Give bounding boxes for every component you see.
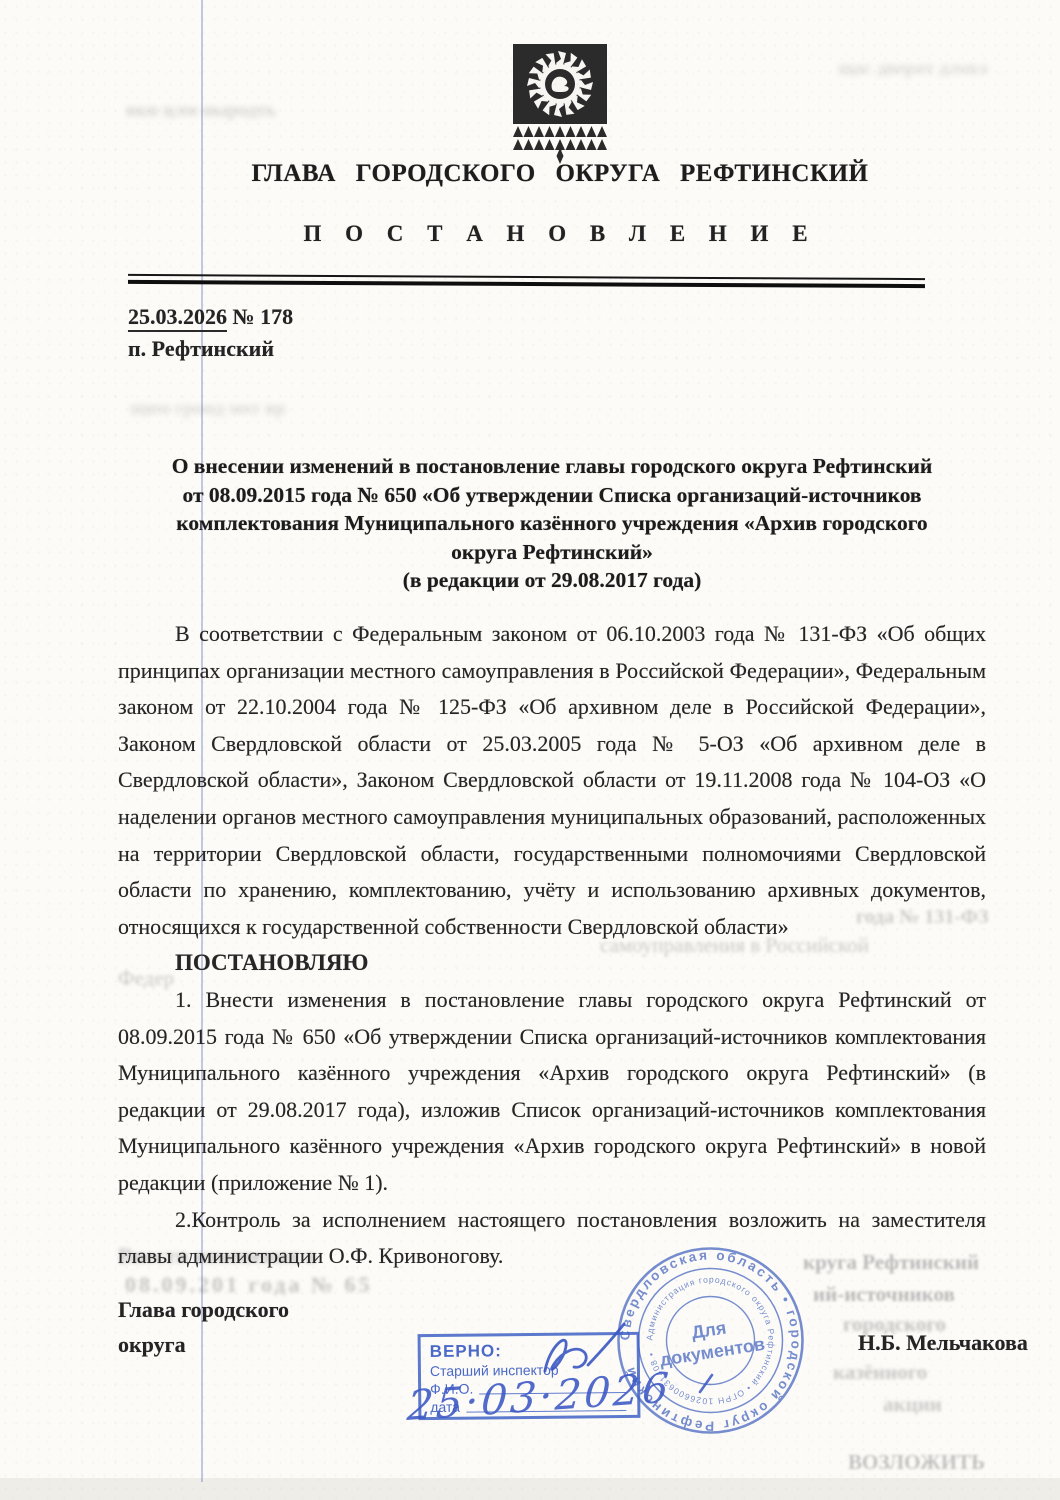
requisites-block: 25.03.2026 № 178 п. Рефтинский bbox=[128, 301, 293, 365]
resolution-word: ПОСТАНОВЛЯЮ bbox=[118, 945, 986, 982]
place-line: п. Рефтинский bbox=[128, 333, 293, 365]
bleedthrough-text: казённого bbox=[833, 1360, 927, 1385]
scanned-decree-page: { "header": { "organization": "ГЛАВА ГОР… bbox=[0, 0, 1060, 1500]
document-type-heading: П О С Т А Н О В Л Е Н И Е bbox=[30, 221, 1060, 247]
bleedthrough-text: акции bbox=[883, 1392, 942, 1417]
title-line: комплектования Муниципального казённого … bbox=[122, 509, 982, 538]
handwritten-signature bbox=[545, 1324, 624, 1371]
date-number-line: 25.03.2026 № 178 bbox=[128, 301, 293, 333]
resolution-item-2: 2.Контроль за исполнением настоящего пос… bbox=[118, 1202, 986, 1275]
preamble-paragraph: В соответствии с Федеральным законом от … bbox=[118, 616, 986, 945]
title-line: от 08.09.2015 года № 650 «Об утверждении… bbox=[122, 481, 982, 510]
bleedthrough-text: ВОЗЛОЖИТЬ bbox=[848, 1450, 985, 1475]
handwritten-overlay: 25·03·2026 bbox=[395, 1315, 755, 1450]
reftinsky-coat-of-arms bbox=[505, 42, 615, 171]
title-line: О внесении изменений в постановление гла… bbox=[122, 452, 982, 481]
bleedthrough-smudge: щим гроид мот вр bbox=[130, 398, 286, 420]
emblem-graphic bbox=[505, 42, 615, 166]
signer-position: Глава городского округа bbox=[118, 1292, 289, 1362]
title-line: (в редакции от 29.08.2017 года) bbox=[122, 566, 982, 595]
handwritten-date: 25·03·2026 bbox=[405, 1363, 673, 1430]
bleedthrough-smudge: щас дверот длsnл bbox=[838, 58, 988, 80]
scanner-edge-strip bbox=[0, 1478, 1060, 1500]
organization-title: ГЛАВА ГОРОДСКОГО ОКРУГА РЕФТИНСКИЙ bbox=[30, 160, 1060, 188]
bleedthrough-text: ий-источников bbox=[813, 1282, 955, 1307]
document-body: В соответствии с Федеральным законом от … bbox=[118, 616, 986, 1275]
bleedthrough-smudge: вкн цлм ныродть bbox=[126, 100, 277, 122]
title-line: округа Рефтинский» bbox=[122, 538, 982, 567]
document-number: № 178 bbox=[233, 304, 294, 329]
document-title: О внесении изменений в постановление гла… bbox=[122, 452, 982, 595]
fir-ornament bbox=[513, 126, 607, 164]
signer-name: Н.Б. Мельчакова bbox=[858, 1330, 1028, 1356]
document-date: 25.03.2026 bbox=[128, 304, 227, 332]
header-rule bbox=[128, 274, 925, 288]
resolution-item-1: 1. Внести изменения в постановление глав… bbox=[118, 982, 986, 1202]
